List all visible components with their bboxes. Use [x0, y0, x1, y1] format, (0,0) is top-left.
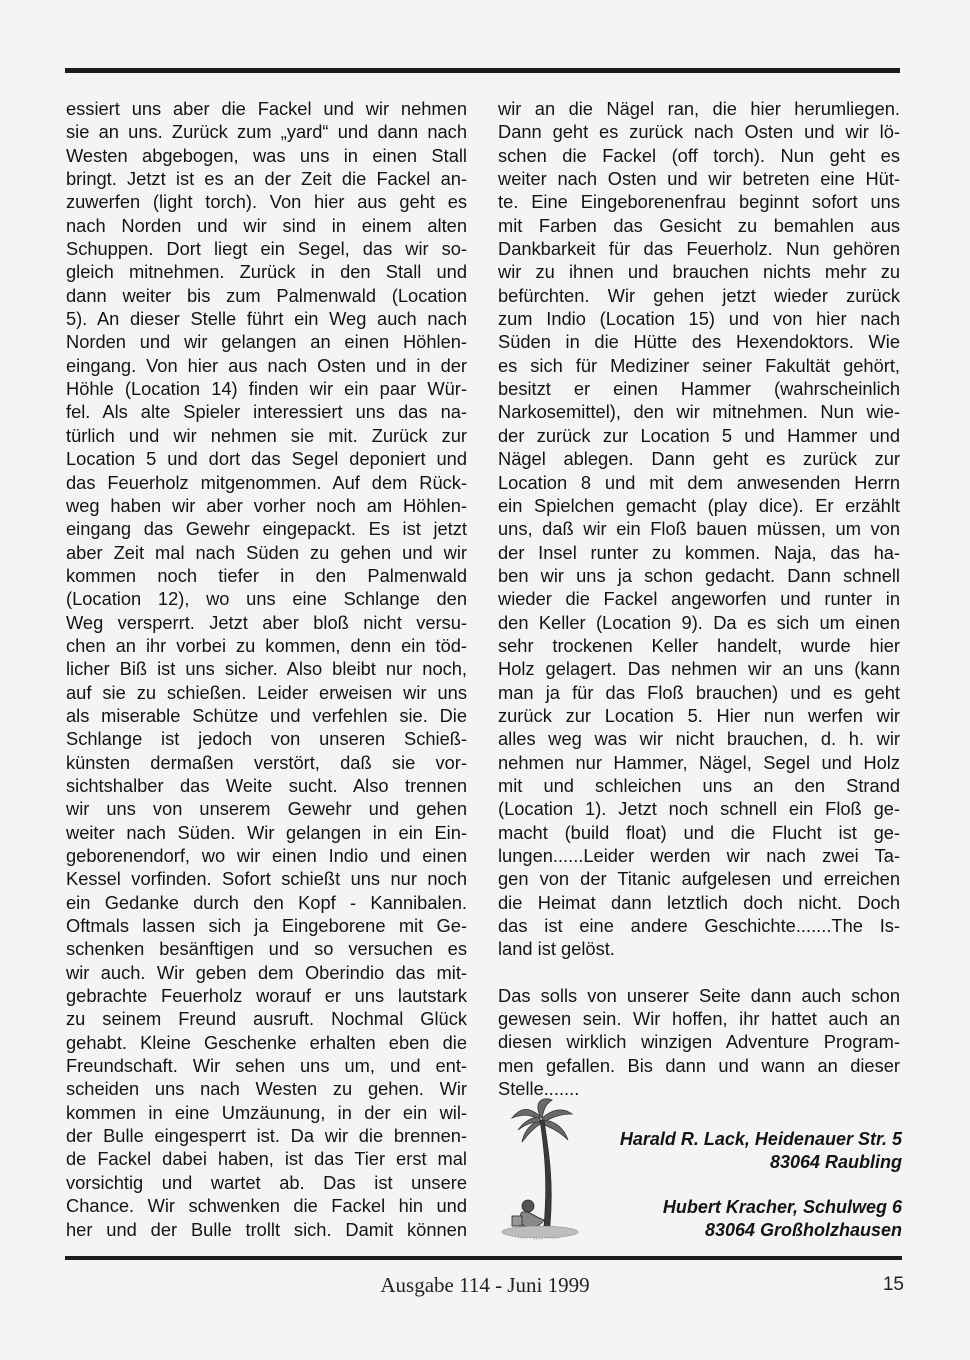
text-line: den Keller (Location 9). Da es sich um e… — [498, 611, 900, 634]
text-line: bringt. Jetzt ist es an der Zeit die Fac… — [66, 167, 467, 190]
text-line: Norden und wir gelangen an einen Höhlen- — [66, 330, 467, 353]
author-1-address: Harald R. Lack, Heidenauer Str. 5 83064 … — [620, 1128, 902, 1174]
text-line: (Location 1). Jetzt noch schnell ein Flo… — [498, 797, 900, 820]
text-line: als miserable Schütze und verfehlen sie.… — [66, 704, 467, 727]
author-2-name: Hubert Kracher, Schulweg 6 — [663, 1196, 902, 1219]
text-line: geborenendorf, wo wir einen Indio und ei… — [66, 844, 467, 867]
text-line: gen von der Titanic aufgelesen und errei… — [498, 867, 900, 890]
text-line: auf sie zu schießen. Leider erweisen wir… — [66, 681, 467, 704]
author-2-address: Hubert Kracher, Schulweg 6 83064 Großhol… — [663, 1196, 902, 1242]
text-line: Dann geht es zurück nach Osten und wir l… — [498, 120, 900, 143]
text-line: Narkosemittel), den wir mitnehmen. Nun w… — [498, 400, 900, 423]
paragraph-gap — [498, 961, 900, 984]
text-line: sehr trockenen Keller handelt, wurde hie… — [498, 634, 900, 657]
right-column: wir an die Nägel ran, die hier herumlieg… — [498, 97, 900, 1100]
text-line: eingang. Von hier aus nach Osten und in … — [66, 354, 467, 377]
text-line: gebrachte Feuerholz worauf er uns lautst… — [66, 984, 467, 1007]
text-line: gehabt. Kleine Geschenke erhalten eben d… — [66, 1031, 467, 1054]
text-line: aber Zeit mal nach Süden zu gehen und wi… — [66, 541, 467, 564]
author-1-name: Harald R. Lack, Heidenauer Str. 5 — [620, 1128, 902, 1151]
author-2-city: 83064 Großholzhausen — [663, 1219, 902, 1242]
left-column: essiert uns aber die Fackel und wir nehm… — [66, 97, 467, 1241]
text-line: Oftmals lassen sich ja Eingeborene mit G… — [66, 914, 467, 937]
text-line: Westen abgebogen, was uns in einen Stall — [66, 144, 467, 167]
signature-block: Harald R. Lack, Heidenauer Str. 5 83064 … — [498, 1098, 902, 1248]
text-line: diesen wirklich winzigen Adventure Progr… — [498, 1030, 900, 1053]
text-line: wir an die Nägel ran, die hier herumlieg… — [498, 97, 900, 120]
text-line: Location 8 und mit dem anwesenden Herrn — [498, 471, 900, 494]
text-line: besitzt er einen Hammer (wahrscheinlich — [498, 377, 900, 400]
text-line: (Location 12), wo uns eine Schlange den — [66, 587, 467, 610]
text-line: sichtshalber das Weite sucht. Also trenn… — [66, 774, 467, 797]
right-paragraph-2: Das solls von unserer Seite dann auch sc… — [498, 984, 900, 1101]
text-line: sie an uns. Zurück zum „yard“ und dann n… — [66, 120, 467, 143]
page-number: 15 — [872, 1272, 904, 1298]
text-line: der Insel runter zu kommen. Naja, das ha… — [498, 541, 900, 564]
text-line: kommen noch tiefer in den Palmenwald — [66, 564, 467, 587]
text-line: es sich für Mediziner seiner Fakultät ge… — [498, 354, 900, 377]
text-line: weiter nach Osten und wir betreten eine … — [498, 167, 900, 190]
text-line: 5). An dieser Stelle führt ein Weg auch … — [66, 307, 467, 330]
text-line: essiert uns aber die Fackel und wir nehm… — [66, 97, 467, 120]
text-line: kommen in eine Umzäunung, in der ein wil… — [66, 1101, 467, 1124]
text-line: alles weg was wir nicht brauchen, d. h. … — [498, 727, 900, 750]
text-line: land ist gelöst. — [498, 937, 900, 960]
text-line: Kessel vorfinden. Sofort schießt uns nur… — [66, 867, 467, 890]
text-line: de Fackel dabei haben, ist das Tier erst… — [66, 1147, 467, 1170]
text-line: fel. Als alte Spieler interessiert uns d… — [66, 400, 467, 423]
text-line: Holz gelagert. Das nehmen wir an uns (ka… — [498, 657, 900, 680]
text-line: wir auch. Wir geben dem Oberindio das mi… — [66, 961, 467, 984]
bottom-rule — [65, 1256, 902, 1260]
text-line: vorsichtig und wartet ab. Das ist unsere — [66, 1171, 467, 1194]
text-line: licher Biß ist uns sicher. Also bleibt n… — [66, 657, 467, 680]
text-line: zuwerfen (light torch). Von hier aus geh… — [66, 190, 467, 213]
text-line: wir zu ihnen und brauchen nichts mehr zu — [498, 260, 900, 283]
text-line: her und der Bulle trollt sich. Damit kön… — [66, 1218, 467, 1241]
text-line: man ja für das Floß brauchen) und es geh… — [498, 681, 900, 704]
text-line: nehmen nur Hammer, Nägel, Segel und Holz — [498, 751, 900, 774]
text-line: die Heimat dann letztlich doch nicht. Do… — [498, 891, 900, 914]
text-line: uns, daß wir ein Floß bauen müssen, um v… — [498, 517, 900, 540]
text-line: Schlange ist jedoch von unseren Schieß- — [66, 727, 467, 750]
text-line: Schuppen. Dort liegt ein Segel, das wir … — [66, 237, 467, 260]
text-line: eingang das Gewehr eingepackt. Es ist je… — [66, 517, 467, 540]
text-line: ein Spielchen gemacht (play dice). Er er… — [498, 494, 900, 517]
text-line: schenken besänftigen und so versuchen es — [66, 937, 467, 960]
text-line: Chance. Wir schwenken die Fackel hin und — [66, 1194, 467, 1217]
text-line: Das solls von unserer Seite dann auch sc… — [498, 984, 900, 1007]
text-line: te. Eine Eingeborenenfrau beginnt sofort… — [498, 190, 900, 213]
top-rule — [65, 68, 900, 73]
text-line: scheiden uns nach Westen zu gehen. Wir — [66, 1077, 467, 1100]
text-line: men gefallen. Bis dann und wann an diese… — [498, 1054, 900, 1077]
text-line: wir uns von unserem Gewehr und gehen — [66, 797, 467, 820]
author-1-city: 83064 Raubling — [620, 1151, 902, 1174]
text-line: der Bulle eingesperrt ist. Da wir die br… — [66, 1124, 467, 1147]
text-line: mit und schleichen uns an den Strand — [498, 774, 900, 797]
text-line: Weg versperrt. Jetzt aber bloß nicht ver… — [66, 611, 467, 634]
text-line: weiter nach Süden. Wir gelangen in ein E… — [66, 821, 467, 844]
text-line: Freundschaft. Wir sehen uns um, und ent- — [66, 1054, 467, 1077]
text-line: ein Gedanke durch den Kopf - Kannibalen. — [66, 891, 467, 914]
text-line: Höhle (Location 14) finden wir ein paar … — [66, 377, 467, 400]
text-line: nach Norden und wir sind in einem alten — [66, 214, 467, 237]
text-line: der zurück zur Location 5 und Hammer und — [498, 424, 900, 447]
text-line: Location 5 und dort das Segel deponiert … — [66, 447, 467, 470]
text-line: türlich und wir nehmen sie mit. Zurück z… — [66, 424, 467, 447]
issue-footer: Ausgabe 114 - Juni 1999 — [0, 1272, 970, 1298]
right-paragraph-1: wir an die Nägel ran, die hier herumlieg… — [498, 97, 900, 961]
text-line: Süden in die Hütte des Hexendoktors. Wie — [498, 330, 900, 353]
text-line: Stelle....... — [498, 1077, 900, 1100]
text-line: gewesen sein. Wir hoffen, ihr hattet auc… — [498, 1007, 900, 1030]
text-line: macht (build float) und die Flucht ist g… — [498, 821, 900, 844]
text-line: schen die Fackel (off torch). Nun geht e… — [498, 144, 900, 167]
text-line: Dankbarkeit für das Feuerholz. Nun gehör… — [498, 237, 900, 260]
text-line: zurück zur Location 5. Hier nun werfen w… — [498, 704, 900, 727]
text-line: zum Indio (Location 15) und von hier nac… — [498, 307, 900, 330]
text-line: Nägel ablegen. Dann geht es zurück zur — [498, 447, 900, 470]
text-line: weg haben wir aber vorher noch am Höhlen… — [66, 494, 467, 517]
palm-tree-island-icon — [498, 1098, 588, 1248]
text-line: ben wir uns ja schon gedacht. Dann schne… — [498, 564, 900, 587]
text-line: künsten dermaßen verstört, daß sie vor- — [66, 751, 467, 774]
text-line: das Feuerholz mitgenommen. Auf dem Rück- — [66, 471, 467, 494]
text-line: gleich mitnehmen. Zurück in den Stall un… — [66, 260, 467, 283]
text-line: mit Farben das Gesicht zu bemahlen aus — [498, 214, 900, 237]
text-line: zu seinem Freund ausruft. Nochmal Glück — [66, 1007, 467, 1030]
text-line: dann weiter bis zum Palmenwald (Location — [66, 284, 467, 307]
text-line: das ist eine andere Geschichte.......The… — [498, 914, 900, 937]
text-line: befürchten. Wir gehen jetzt wieder zurüc… — [498, 284, 900, 307]
text-line: wieder die Fackel angeworfen und runter … — [498, 587, 900, 610]
text-line: lungen......Leider werden wir nach zwei … — [498, 844, 900, 867]
text-line: chen an ihr vorbei zu kommen, denn ein t… — [66, 634, 467, 657]
